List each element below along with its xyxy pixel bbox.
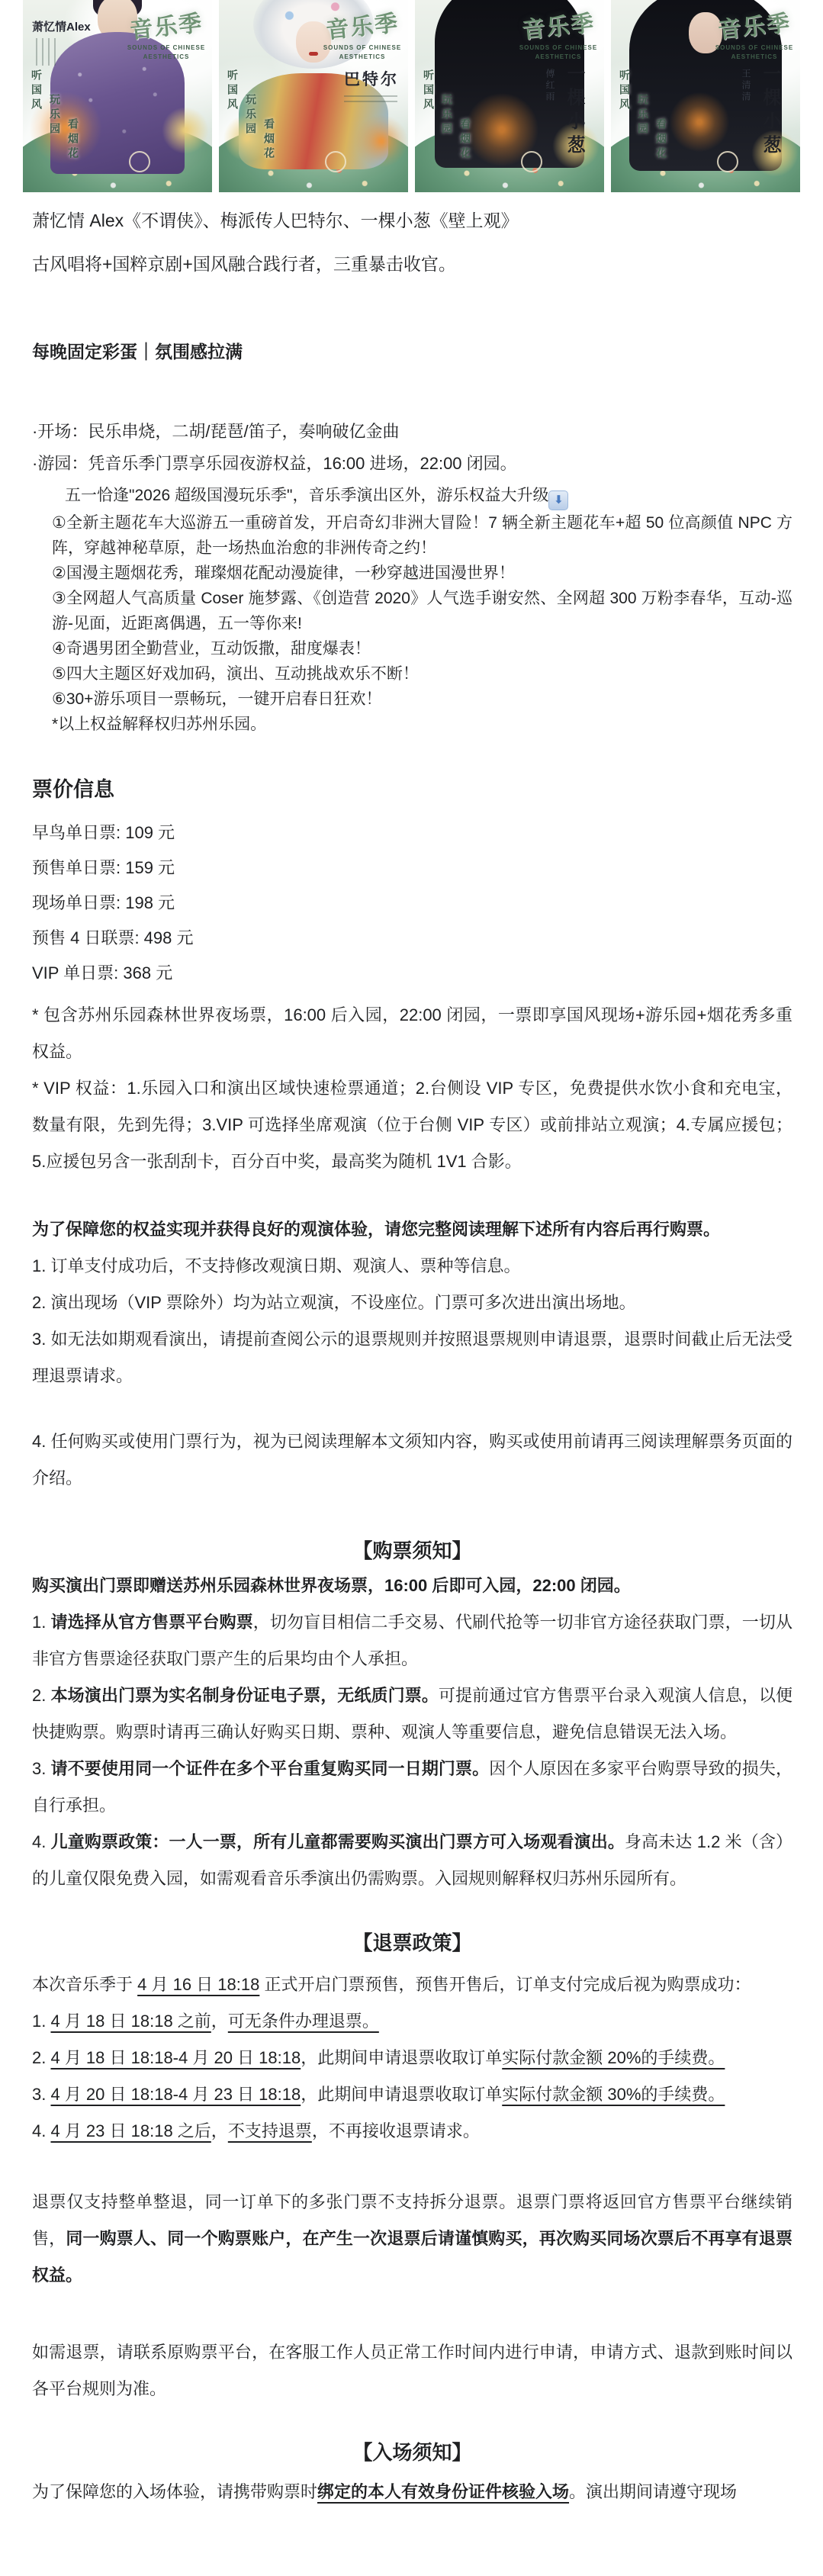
text-run: 儿童购票政策：一人一票，所有儿童都需要购买演出门票方可入场观看演出。 bbox=[51, 1832, 625, 1851]
text-run: 正式开启门票预售，预售开售后，订单支付完成后视为购票成功： bbox=[259, 1975, 751, 1994]
text-run: 3. bbox=[32, 2085, 50, 2104]
text-run: ， bbox=[211, 2121, 228, 2140]
text-run: 早鸟单日票: 109 元 预售单日票: 159 元 现场单日票: 198 元 预… bbox=[32, 823, 194, 982]
section-purchase-heading: 【购票须知】 bbox=[32, 1536, 792, 1565]
text-run: 请不要使用同一个证件在多个平台重复购买同一日期门票。 bbox=[51, 1759, 490, 1778]
text-run: 。演出期间请遵守现场 bbox=[569, 2482, 737, 2501]
ferris-wheel-decor bbox=[325, 151, 346, 172]
text-run: 2. 演出现场（VIP 票除外）均为站立观演，不设座位。门票可多次进出演出场地。 bbox=[32, 1293, 636, 1312]
text-run: 绑定的本人有效身份证件核验入场 bbox=[317, 2482, 569, 2501]
text-run: 可无条件办理退票。 bbox=[228, 2012, 379, 2031]
intro-artists: 萧忆情 Alex《不谓侠》、梅派传人巴特尔、一棵小葱《壁上观》 bbox=[32, 207, 792, 233]
purchase-3: 3. 请不要使用同一个证件在多个平台重复购买同一日期门票。因个人原因在多家平台购… bbox=[32, 1751, 792, 1824]
text-run: 1. bbox=[32, 1613, 51, 1632]
text-run: 4. bbox=[32, 1832, 51, 1851]
artist-name-label: 萧忆情Alex bbox=[32, 18, 91, 34]
firework-glow-decor bbox=[667, 90, 731, 154]
poster-ba-te-er: 音乐季 SOUNDS OF CHINESE AESTHETICS 巴特尔 听国风… bbox=[219, 0, 408, 192]
side-text-leyuan: 玩乐园 bbox=[47, 94, 63, 137]
firework-decor bbox=[162, 107, 209, 154]
price-list: 早鸟单日票: 109 元 预售单日票: 159 元 现场单日票: 198 元 预… bbox=[32, 815, 792, 991]
text-run: 本次音乐季于 bbox=[32, 1975, 137, 1994]
text-run: 票价信息 bbox=[32, 778, 114, 801]
artist-name-label: 巴特尔 bbox=[344, 67, 399, 90]
text-run: 每晚固定彩蛋｜氛围感拉满 bbox=[32, 342, 243, 362]
side-text-yanhua: 看烟花 bbox=[66, 118, 81, 162]
side-text-guofeng: 听国风 bbox=[225, 69, 240, 113]
refund-intro: 本次音乐季于 4 月 16 日 18:18 正式开启门票预售，预售开售后，订单支… bbox=[32, 1967, 792, 2003]
refund-3: 3. 4 月 20 日 18:18-4 月 23 日 18:18，此期间申请退票… bbox=[32, 2076, 792, 2113]
refund-4: 4. 4 月 23 日 18:18 之后，不支持退票，不再接收退票请求。 bbox=[32, 2113, 792, 2150]
down-arrow-emoji: ⬇ bbox=[548, 490, 568, 510]
side-text-yanhua: 看烟花 bbox=[458, 118, 473, 162]
price-note-vip: * VIP 权益：1.乐园入口和演出区域快速检票通道；2.台侧设 VIP 专区，… bbox=[32, 1070, 792, 1180]
firework-decor bbox=[355, 114, 408, 168]
purchase-warning: 为了保障您的权益实现并获得良好的观演体验，请您完整阅读理解下述所有内容后再行购票… bbox=[32, 1211, 792, 1248]
text-run: 3. 如无法如期观看演出，请提前查阅公示的退票规则并按照退票规则申请退票，退票时… bbox=[32, 1330, 792, 1385]
price-heading: 票价信息 bbox=[32, 774, 792, 805]
text-run: 3. bbox=[32, 1759, 51, 1778]
side-text-guofeng: 听国风 bbox=[29, 69, 44, 113]
text-run: ·游园：凭音乐季门票享乐园夜游权益，16:00 进场，22:00 闭园。 bbox=[32, 454, 517, 473]
purchase-2: 2. 本场演出门票为实名制身份证电子票，无纸质门票。可提前通过官方售票平台录入观… bbox=[32, 1677, 792, 1751]
text-run: 不支持退票 bbox=[228, 2121, 312, 2140]
ferris-wheel-decor bbox=[521, 151, 542, 172]
refund-2: 2. 4 月 18 日 18:18-4 月 20 日 18:18，此期间申请退票… bbox=[32, 2040, 792, 2076]
text-run: 4 月 18 日 18:18 之前 bbox=[50, 2012, 211, 2031]
refund-1: 1. 4 月 18 日 18:18 之前，可无条件办理退票。 bbox=[32, 2003, 792, 2040]
text-run: 4 月 16 日 18:18 bbox=[137, 1975, 259, 1994]
text-run: ， bbox=[211, 2012, 228, 2031]
refund-contact: 如需退票，请联系原购票平台，在客服工作人员正常工作时间内进行申请，申请方式、退款… bbox=[32, 2334, 792, 2407]
notice-3: 3. 如无法如期观看演出，请提前查阅公示的退票规则并按照退票规则申请退票，退票时… bbox=[32, 1321, 792, 1394]
text-run: 为了保障您的入场体验，请携带购票时 bbox=[32, 2482, 317, 2501]
side-text-guofeng: 听国风 bbox=[421, 69, 436, 113]
text-run: 4 月 23 日 18:18 之后 bbox=[50, 2121, 211, 2140]
artist-name-label: 一棵小葱 bbox=[561, 64, 587, 159]
text-run: 【购票须知】 bbox=[352, 1539, 471, 1562]
section-refund-heading: 【退票政策】 bbox=[32, 1928, 792, 1957]
text-run: ①全新主题花车大巡游五一重磅首发，开启奇幻非洲大冒险！7 辆全新主题花车+超 5… bbox=[52, 514, 792, 733]
text-run: ，此期间申请退票收取订单 bbox=[301, 2085, 502, 2104]
music-season-logo: 音乐季 SOUNDS OF CHINESE AESTHETICS bbox=[323, 8, 402, 62]
artist-poster-row: 音乐季 SOUNDS OF CHINESE AESTHETICS 萧忆情Alex… bbox=[0, 0, 823, 192]
bullet-opening: ·开场：民乐串烧，二胡/琵琶/笛子，奏响破亿金曲 bbox=[32, 419, 792, 445]
poster-yikexiaocong-fuhongyu: 音乐季 SOUNDS OF CHINESE AESTHETICS 一棵小葱 傅红… bbox=[415, 0, 604, 192]
music-season-logo: 音乐季 SOUNDS OF CHINESE AESTHETICS bbox=[715, 8, 794, 62]
text-run: * VIP 权益：1.乐园入口和演出区域快速检票通道；2.台侧设 VIP 专区，… bbox=[32, 1079, 792, 1171]
intro-desc: 古风唱将+国粹京剧+国风融合践行者，三重暴击收官。 bbox=[32, 251, 792, 277]
upgrade-intro: 五一恰逢"2026 超级国漫玩乐季"，音乐季演出区外，游乐权益大升级⬇ bbox=[32, 483, 792, 510]
logo-en-text: SOUNDS OF CHINESE AESTHETICS bbox=[323, 43, 402, 62]
text-run: * 包含苏州乐园森林世界夜场票，16:00 后入园，22:00 闭园，一票即享国… bbox=[32, 1005, 792, 1061]
notice-1: 1. 订单支付成功后，不支持修改观演日期、观演人、票种等信息。 bbox=[32, 1248, 792, 1285]
notice-4: 4. 任何购买或使用门票行为，视为已阅读理解本文须知内容，购买或使用前请再三阅读… bbox=[32, 1423, 792, 1497]
side-text-leyuan: 玩乐园 bbox=[439, 94, 455, 137]
side-text-leyuan: 玩乐园 bbox=[243, 94, 259, 137]
text-run: 请选择从官方售票平台购票 bbox=[51, 1613, 253, 1632]
logo-cn-text: 音乐季 bbox=[125, 4, 207, 46]
side-text-yanhua: 看烟花 bbox=[262, 118, 277, 162]
side-text-guofeng: 听国风 bbox=[617, 69, 632, 113]
text-run: ，此期间申请退票收取订单 bbox=[301, 2048, 502, 2067]
music-season-logo: 音乐季 SOUNDS OF CHINESE AESTHETICS bbox=[127, 8, 206, 62]
text-run: 五一恰逢"2026 超级国漫玩乐季"，音乐季演出区外，游乐权益大升级 bbox=[65, 487, 548, 504]
side-text-leyuan: 玩乐园 bbox=[635, 94, 651, 137]
poster-xiao-yi-qing: 音乐季 SOUNDS OF CHINESE AESTHETICS 萧忆情Alex… bbox=[23, 0, 212, 192]
price-note-night: * 包含苏州乐园森林世界夜场票，16:00 后入园，22:00 闭园，一票即享国… bbox=[32, 997, 792, 1070]
logo-en-text: SOUNDS OF CHINESE AESTHETICS bbox=[715, 43, 794, 62]
poster-yikexiaocong-wangqingqing: 音乐季 SOUNDS OF CHINESE AESTHETICS 一棵小葱 王清… bbox=[611, 0, 800, 192]
purchase-lead: 购买演出门票即赠送苏州乐园森林世界夜场票，16:00 后即可入园，22:00 闭… bbox=[32, 1568, 792, 1604]
text-run: 【退票政策】 bbox=[352, 1931, 471, 1954]
logo-en-text: SOUNDS OF CHINESE AESTHETICS bbox=[519, 43, 598, 62]
member-name-label: 王清清 bbox=[740, 69, 753, 103]
logo-en-text: SOUNDS OF CHINESE AESTHETICS bbox=[127, 43, 206, 62]
purchase-4: 4. 儿童购票政策：一人一票，所有儿童都需要购买演出门票方可入场观看演出。身高未… bbox=[32, 1824, 792, 1897]
text-run: 4. 任何购买或使用门票行为，视为已阅读理解本文须知内容，购买或使用前请再三阅读… bbox=[32, 1432, 792, 1487]
text-run: 2. bbox=[32, 1686, 51, 1705]
text-run: 同一购票人、同一个购票账户，在产生一次退票后请谨慎购买，再次购买同场次票后不再享… bbox=[32, 2229, 792, 2285]
text-run: 4. bbox=[32, 2121, 50, 2140]
article: 萧忆情 Alex《不谓侠》、梅派传人巴特尔、一棵小葱《壁上观》古风唱将+国粹京剧… bbox=[0, 207, 823, 2510]
entry-note: 为了保障您的入场体验，请携带购票时绑定的本人有效身份证件核验入场。演出期间请遵守… bbox=[32, 2474, 792, 2510]
text-run: 1. 订单支付成功后，不支持修改观演日期、观演人、票种等信息。 bbox=[32, 1256, 520, 1275]
text-run: 4 月 20 日 18:18-4 月 23 日 18:18 bbox=[50, 2085, 301, 2104]
ferris-wheel-decor bbox=[129, 151, 150, 172]
text-run: 如需退票，请联系原购票平台，在客服工作人员正常工作时间内进行申请，申请方式、退款… bbox=[32, 2343, 792, 2398]
purchase-1: 1. 请选择从官方售票平台购票，切勿盲目相信二手交易、代刷代抢等一切非官方途径获… bbox=[32, 1604, 792, 1677]
text-run: 购买演出门票即赠送苏州乐园森林世界夜场票，16:00 后即可入园，22:00 闭… bbox=[32, 1576, 631, 1595]
logo-cn-text: 音乐季 bbox=[517, 4, 600, 46]
bullet-garden: ·游园：凭音乐季门票享乐园夜游权益，16:00 进场，22:00 闭园。 bbox=[32, 451, 792, 477]
text-run: ，不再接收退票请求。 bbox=[312, 2121, 480, 2140]
text-run: 古风唱将+国粹京剧+国风融合践行者，三重暴击收官。 bbox=[32, 254, 456, 274]
artist-bio-decor bbox=[34, 38, 58, 66]
text-run: 本场演出门票为实名制身份证电子票，无纸质门票。 bbox=[51, 1686, 439, 1705]
ferris-wheel-decor bbox=[717, 151, 738, 172]
member-name-label: 傅红雨 bbox=[544, 69, 557, 103]
text-run: 4 月 18 日 18:18-4 月 20 日 18:18 bbox=[50, 2048, 301, 2067]
eggs-heading: 每晚固定彩蛋｜氛围感拉满 bbox=[32, 339, 792, 365]
upgrade-list: ①全新主题花车大巡游五一重磅首发，开启奇幻非洲大冒险！7 辆全新主题花车+超 5… bbox=[32, 510, 792, 737]
text-run: 【入场须知】 bbox=[352, 2441, 471, 2464]
artist-bio-decor bbox=[344, 92, 397, 106]
side-text-yanhua: 看烟花 bbox=[654, 118, 669, 162]
notice-2: 2. 演出现场（VIP 票除外）均为站立观演，不设座位。门票可多次进出演出场地。 bbox=[32, 1285, 792, 1321]
section-entry-heading: 【入场须知】 bbox=[32, 2438, 792, 2467]
logo-cn-text: 音乐季 bbox=[321, 4, 403, 46]
logo-cn-text: 音乐季 bbox=[713, 4, 796, 46]
text-run: 实际付款金额 20%的手续费。 bbox=[502, 2048, 725, 2067]
refund-policy: 退票仅支持整单整退，同一订单下的多张门票不支持拆分退票。退票门票将返回官方售票平… bbox=[32, 2184, 792, 2294]
text-run: 1. bbox=[32, 2012, 50, 2031]
music-season-logo: 音乐季 SOUNDS OF CHINESE AESTHETICS bbox=[519, 8, 598, 62]
text-run: 2. bbox=[32, 2048, 50, 2067]
text-run: 实际付款金额 30%的手续费。 bbox=[502, 2085, 725, 2104]
text-run: ·开场：民乐串烧，二胡/琵琶/笛子，奏响破亿金曲 bbox=[32, 422, 400, 441]
text-run: 萧忆情 Alex《不谓侠》、梅派传人巴特尔、一棵小葱《壁上观》 bbox=[32, 211, 519, 230]
text-run: 为了保障您的权益实现并获得良好的观演体验，请您完整阅读理解下述所有内容后再行购票… bbox=[32, 1220, 720, 1239]
artist-name-label: 一棵小葱 bbox=[757, 64, 783, 159]
